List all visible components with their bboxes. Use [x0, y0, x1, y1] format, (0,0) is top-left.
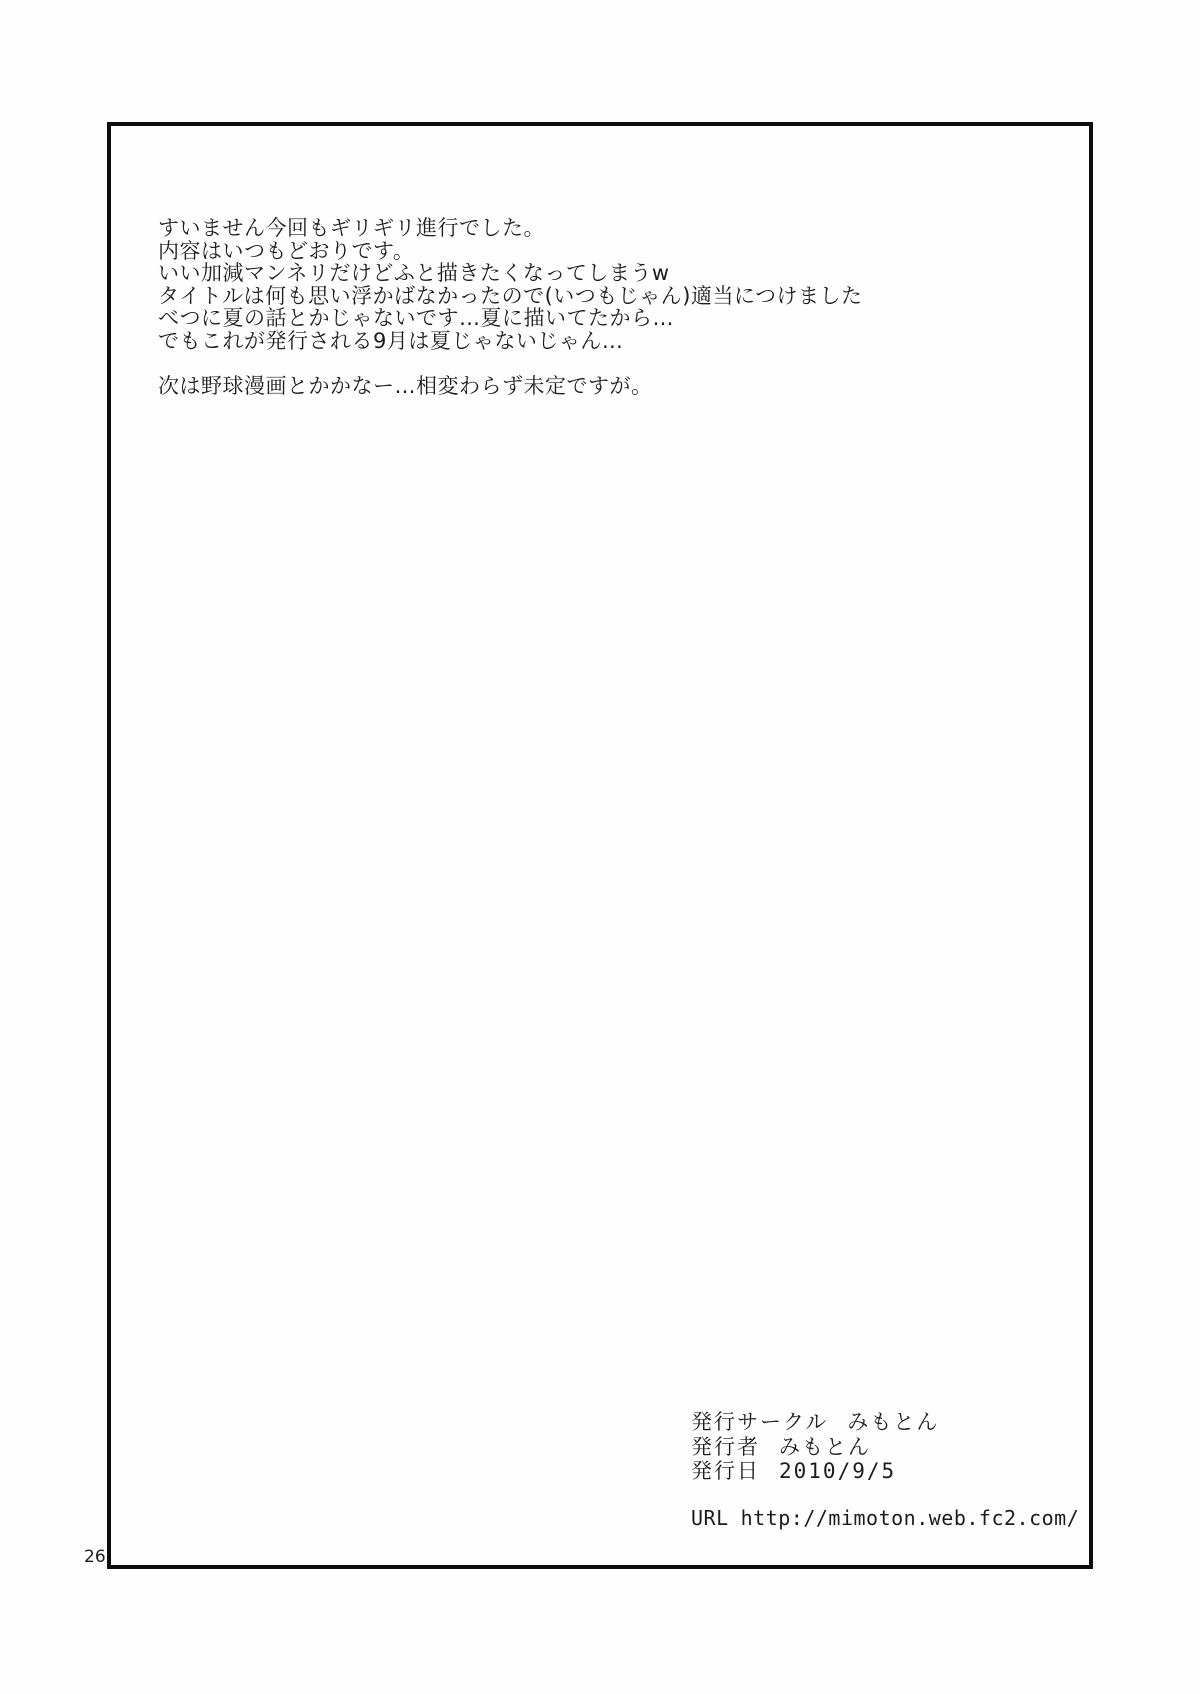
afterword-line: べつに夏の話とかじゃないです…夏に描いてたから…: [158, 307, 1018, 330]
colophon-date-label: 発行日: [691, 1459, 760, 1483]
colophon-url-value: http://mimoton.web.fc2.com/: [741, 1506, 1080, 1530]
colophon-block: 発行サークルみもとん 発行者みもとん 発行日2010/9/5 URLhttp:/…: [691, 1410, 1079, 1531]
afterword-line: いい加減マンネリだけどふと描きたくなってしまうw: [158, 262, 1018, 285]
page-number: 26: [84, 1547, 106, 1567]
afterword-line: 内容はいつもどおりです。: [158, 240, 1018, 263]
colophon-date-line: 発行日2010/9/5: [691, 1459, 1079, 1484]
afterword-line: タイトルは何も思い浮かばなかったので(いつもじゃん)適当につけました: [158, 285, 1018, 308]
afterword-text-block: すいません今回もギリギリ進行でした。 内容はいつもどおりです。 いい加減マンネリ…: [158, 217, 1018, 398]
afterword-line: すいません今回もギリギリ進行でした。: [158, 217, 1018, 240]
afterword-line: 次は野球漫画とかかなー…相変わらず未定ですが。: [158, 375, 1018, 398]
colophon-author-label: 発行者: [691, 1435, 760, 1459]
afterword-blank-line: [158, 353, 1018, 376]
colophon-circle-value: みもとん: [847, 1410, 939, 1434]
colophon-url-label: URL: [691, 1506, 729, 1530]
colophon-date-value: 2010/9/5: [779, 1459, 896, 1483]
colophon-circle-line: 発行サークルみもとん: [691, 1410, 1079, 1435]
scanned-afterword-page: 26 すいません今回もギリギリ進行でした。 内容はいつもどおりです。 いい加減マ…: [0, 0, 1200, 1694]
afterword-line: でもこれが発行される9月は夏じゃないじゃん…: [158, 330, 1018, 353]
colophon-url-line: URLhttp://mimoton.web.fc2.com/: [691, 1505, 1079, 1531]
colophon-author-value: みもとん: [779, 1435, 871, 1459]
colophon-circle-label: 発行サークル: [691, 1410, 828, 1434]
colophon-author-line: 発行者みもとん: [691, 1435, 1079, 1460]
